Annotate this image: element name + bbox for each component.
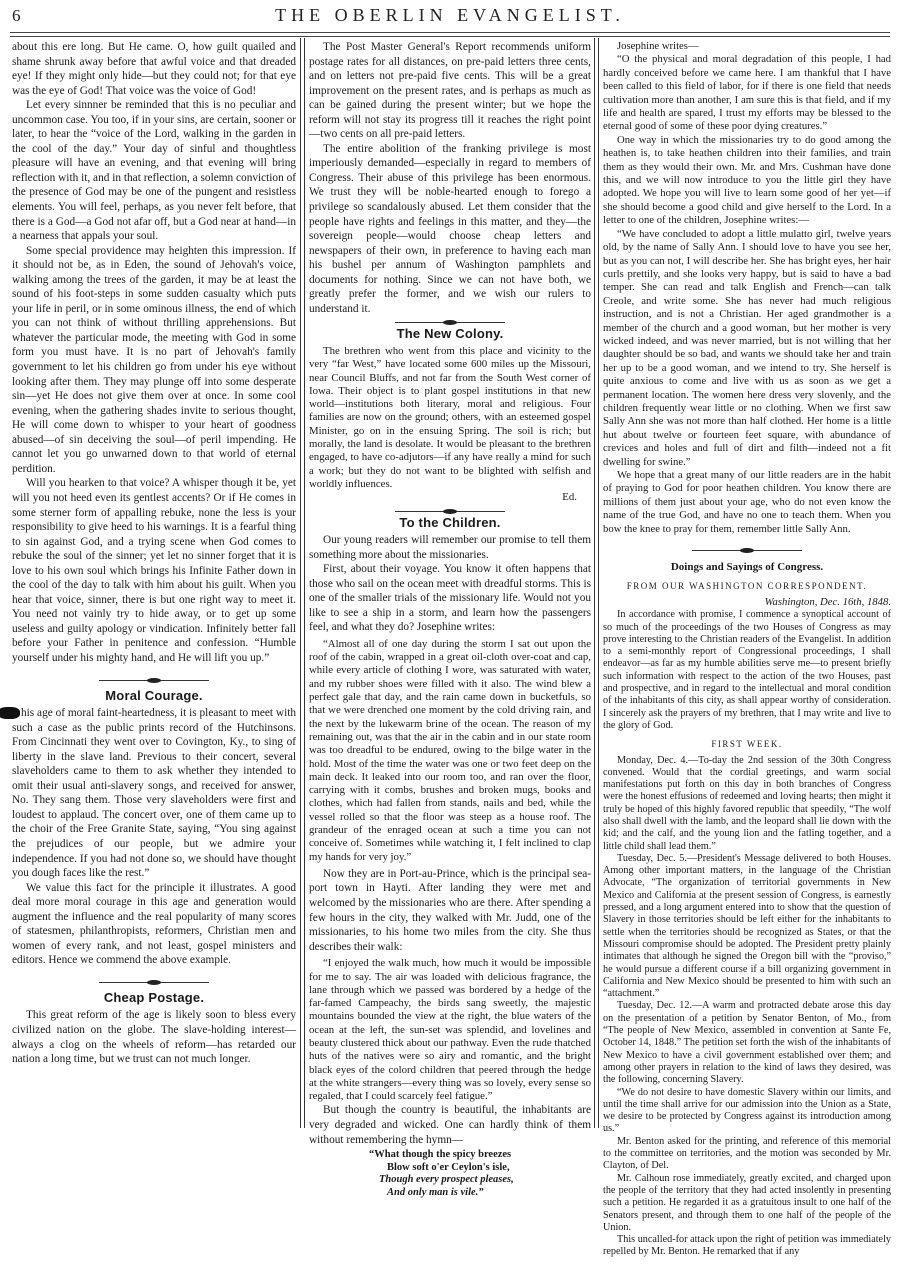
article-heading-moral-courage: Moral Courage. xyxy=(12,689,296,704)
section-ornament-rule xyxy=(99,982,209,983)
paragraph: Will you hearken to that voice? A whispe… xyxy=(12,476,296,665)
paragraph: Some special providence may heighten thi… xyxy=(12,244,296,477)
paragraph: “I enjoyed the walk much, how much it wo… xyxy=(309,957,591,1103)
paragraph: In accordance with promise, I commence a… xyxy=(603,609,891,732)
hymn-verse: “What though the spicy breezes Blow soft… xyxy=(369,1149,591,1199)
section-ornament-rule xyxy=(99,680,209,681)
article-heading-cheap-postage: Cheap Postage. xyxy=(12,991,296,1006)
section-ornament-rule xyxy=(395,511,505,512)
paragraph: Tuesday, Dec. 12.—A warm and protracted … xyxy=(603,1000,891,1086)
paragraph: Josephine writes— xyxy=(603,40,891,53)
verse-line: Though every prospect pleases, xyxy=(369,1174,591,1187)
paragraph: “We have concluded to adopt a little mul… xyxy=(603,228,891,469)
section-ornament-rule xyxy=(395,322,505,323)
paragraph: “Almost all of one day during the storm … xyxy=(309,638,591,864)
editor-signature: Ed. xyxy=(309,491,591,504)
verse-line: And only man is vile.” xyxy=(369,1187,591,1200)
paragraph: We hope that a great many of our little … xyxy=(603,469,891,536)
paragraph: But though the country is beautiful, the… xyxy=(309,1103,591,1147)
paragraph: First, about their voyage. You know it o… xyxy=(309,562,591,635)
newspaper-title: THE OBERLIN EVANGELIST. xyxy=(0,5,900,26)
article-heading-congress: Doings and Sayings of Congress. xyxy=(603,561,891,574)
right-column: Josephine writes— “O the physical and mo… xyxy=(603,40,891,1259)
paragraph: Tuesday, Dec. 5.—President's Message del… xyxy=(603,853,891,1001)
paragraph: Now they are in Port-au-Prince, which is… xyxy=(309,867,591,954)
article-heading-to-the-children: To the Children. xyxy=(309,516,591,531)
paragraph: Mr. Benton asked for the printing, and r… xyxy=(603,1136,891,1173)
verse-line: Blow soft o'er Ceylon's isle, xyxy=(369,1162,591,1175)
paragraph: Mr. Calhoun rose immediately, greatly ex… xyxy=(603,1173,891,1234)
quoted-letter: “I enjoyed the walk much, how much it wo… xyxy=(309,957,591,1103)
paragraph: Let every sinnner be reminded that this … xyxy=(12,98,296,243)
paragraph-text: his age of moral faint-heartedness, it i… xyxy=(12,707,296,879)
paragraph: This great reform of the age is likely s… xyxy=(12,1008,296,1066)
middle-column: The Post Master General's Report recomme… xyxy=(309,40,591,1199)
paragraph: Our young readers will remember our prom… xyxy=(309,533,591,562)
week-heading: FIRST WEEK. xyxy=(603,738,891,750)
paragraph: The brethren who went from this place an… xyxy=(309,345,591,491)
paragraph: about this ere long. But He came. O, how… xyxy=(12,40,296,98)
column-divider-1 xyxy=(300,38,305,1128)
section-ornament-rule xyxy=(692,550,802,551)
paragraph: Monday, Dec. 4.—To-day the 2nd session o… xyxy=(603,755,891,853)
paragraph: The entire abolition of the franking pri… xyxy=(309,142,591,317)
verse-line: “What though the spicy breezes xyxy=(369,1149,591,1162)
correspondent-byline: FROM OUR WASHINGTON CORRESPONDENT. xyxy=(603,580,891,593)
paragraph: The Post Master General's Report recomme… xyxy=(309,40,591,142)
quoted-letter: “Almost all of one day during the storm … xyxy=(309,638,591,864)
ink-blot-dropcap xyxy=(0,707,20,719)
left-column: about this ere long. But He came. O, how… xyxy=(12,40,296,1067)
dateline: Washington, Dec. 16th, 1848. xyxy=(603,596,891,609)
paragraph: “O the physical and moral degradation of… xyxy=(603,53,891,133)
paragraph: his age of moral faint-heartedness, it i… xyxy=(12,706,296,881)
article-heading-new-colony: The New Colony. xyxy=(309,327,591,342)
paragraph: “We do not desire to have domestic Slave… xyxy=(603,1087,891,1136)
new-colony-body: The brethren who went from this place an… xyxy=(309,345,591,505)
congress-report-body: In accordance with promise, I commence a… xyxy=(603,609,891,1258)
masthead-rule xyxy=(10,32,890,37)
masthead: 6 THE OBERLIN EVANGELIST. xyxy=(0,0,900,34)
column-divider-2 xyxy=(594,38,599,1128)
paragraph: This uncalled-for attack upon the right … xyxy=(603,1234,891,1259)
paragraph: We value this fact for the principle it … xyxy=(12,881,296,968)
paragraph: One way in which the missionaries try to… xyxy=(603,134,891,228)
